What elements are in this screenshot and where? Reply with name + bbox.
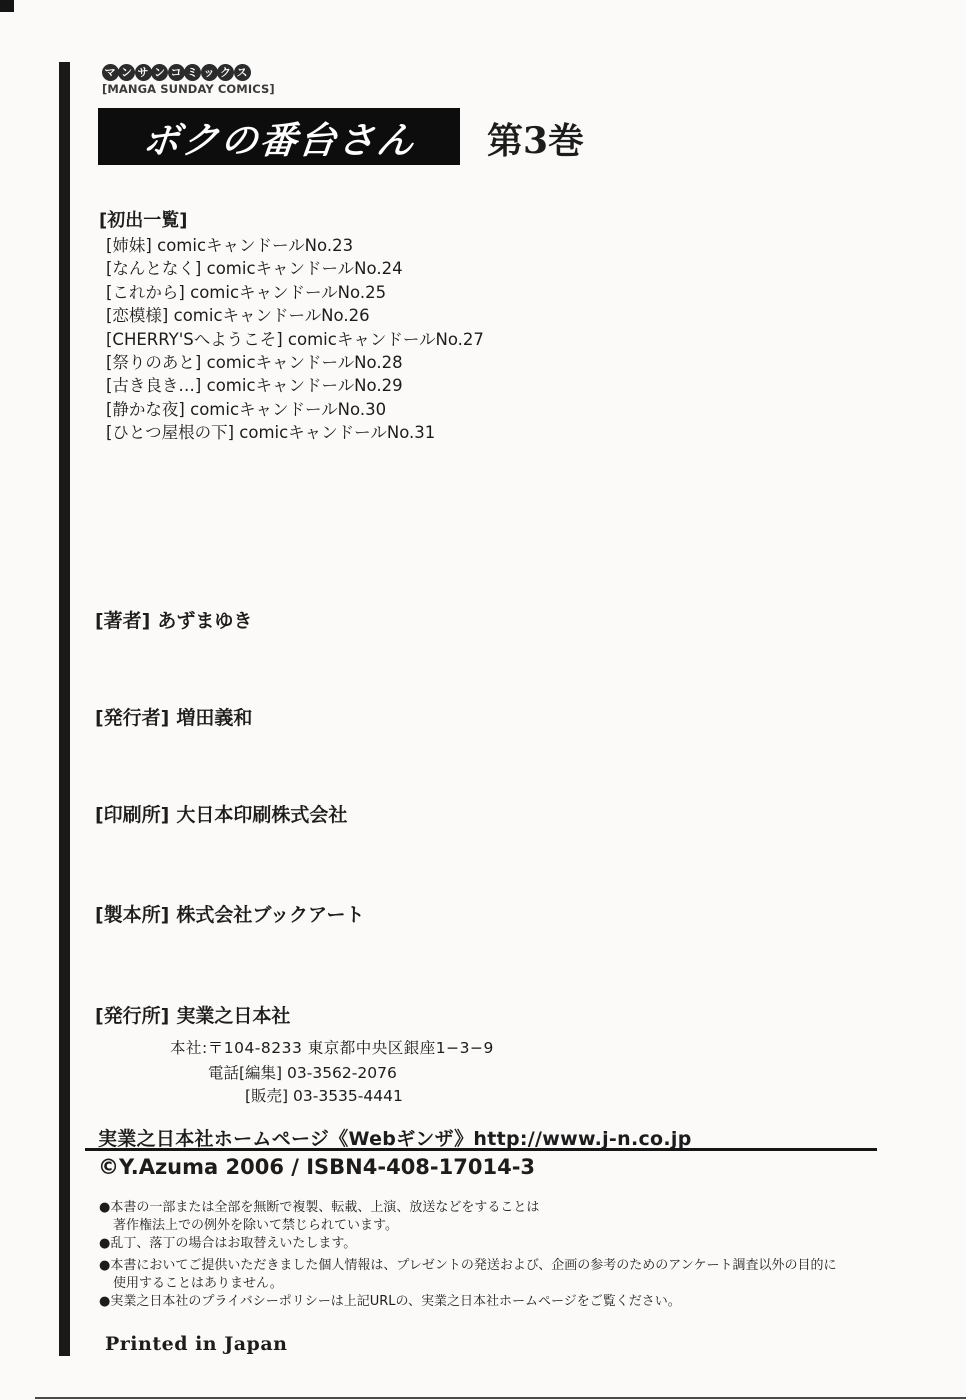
scan-bottom-edge — [35, 1397, 966, 1399]
credit-author-label: [著者] — [95, 610, 150, 632]
book-title: ボクの番台さん — [140, 110, 419, 164]
credit-publisher-name: 実業之日本社 — [176, 1005, 290, 1027]
logo-kana-bubble: ク — [217, 64, 234, 81]
homepage-line: 実業之日本社ホームページ《Webギンザ》http://www.j-n.co.jp — [98, 1124, 692, 1151]
credit-issuer-name: 増田義和 — [176, 707, 252, 729]
legal-notices: ●本書の一部または全部を無断で複製、転載、上演、放送などをすることは 著作権法上… — [99, 1199, 837, 1311]
first-publication-entry: [CHERRY'Sへようこそ] comicキャンドールNo.27 — [106, 328, 484, 351]
credit-bindery-label: [製本所] — [95, 904, 169, 926]
title-banner: ボクの番台さん — [98, 108, 460, 165]
first-publication-entry: [ひとつ屋根の下] comicキャンドールNo.31 — [106, 421, 484, 444]
credit-issuer-label: [発行者] — [95, 707, 169, 729]
logo-kana-bubble: ン — [118, 64, 135, 81]
scan-corner-mark — [0, 0, 14, 12]
credit-publisher: [発行所]実業之日本社 — [95, 1001, 290, 1028]
credit-author-name: あずまゆき — [157, 610, 252, 632]
logo-kana-row: マ ン サ ン コ ミ ッ ク ス — [102, 64, 275, 81]
colophon-page: マ ン サ ン コ ミ ッ ク ス [MANGA SUNDAY COMICS] … — [0, 0, 966, 1400]
notice-line: ●実業之日本社のプライバシーポリシーは上記URLの、実業之日本社ホームページをご… — [99, 1293, 837, 1311]
credit-publisher-label: [発行所] — [95, 1005, 169, 1027]
phone-sales: [販売] 03-3535-4441 — [245, 1084, 403, 1106]
credit-printer-name: 大日本印刷株式会社 — [176, 804, 347, 826]
credit-printer: [印刷所]大日本印刷株式会社 — [95, 800, 347, 827]
credit-bindery: [製本所]株式会社ブックアート — [95, 900, 364, 927]
volume-label: 第3巻 — [487, 113, 584, 164]
logo-kana-bubble: マ — [102, 64, 119, 81]
first-publication-entry: [祭りのあと] comicキャンドールNo.28 — [106, 351, 484, 374]
first-publication-heading: [初出一覧] — [99, 206, 187, 232]
first-publication-entry: [恋模様] comicキャンドールNo.26 — [106, 304, 484, 327]
notice-line: ●乱丁、落丁の場合はお取替えいたします。 — [99, 1235, 837, 1253]
first-publication-entry: [姉妹] comicキャンドールNo.23 — [106, 234, 484, 257]
copyright-isbn-line: ©Y.Azuma 2006 / ISBN4-408-17014-3 — [98, 1155, 535, 1179]
notice-line: ●本書の一部または全部を無断で複製、転載、上演、放送などをすることは — [99, 1199, 837, 1217]
credit-issuer: [発行者]増田義和 — [95, 703, 252, 730]
logo-kana-bubble: ン — [151, 64, 168, 81]
divider-rule — [85, 1148, 877, 1151]
notice-line: 著作権法上での例外を除いて禁じられています。 — [99, 1217, 837, 1235]
first-publication-entry: [これから] comicキャンドールNo.25 — [106, 281, 484, 304]
logo-subtitle: [MANGA SUNDAY COMICS] — [102, 82, 275, 96]
logo-kana-bubble: サ — [135, 64, 152, 81]
first-publication-list: [姉妹] comicキャンドールNo.23 [なんとなく] comicキャンドー… — [106, 234, 484, 445]
first-publication-entry: [古き良き…] comicキャンドールNo.29 — [106, 374, 484, 397]
spine-rule — [59, 62, 70, 1356]
printed-in-japan: Printed in Japan — [105, 1333, 287, 1355]
phone-editorial: 電話[編集] 03-3562-2076 — [208, 1061, 397, 1083]
logo-kana-bubble: ス — [234, 64, 251, 81]
logo-kana-bubble: ミ — [184, 64, 201, 81]
first-publication-entry: [なんとなく] comicキャンドールNo.24 — [106, 257, 484, 280]
notice-line: 使用することはありません。 — [99, 1275, 837, 1293]
credit-author: [著者]あずまゆき — [95, 606, 252, 633]
credit-printer-label: [印刷所] — [95, 804, 169, 826]
credit-bindery-name: 株式会社ブックアート — [176, 904, 364, 926]
logo-kana-bubble: コ — [168, 64, 185, 81]
logo-kana-bubble: ッ — [201, 64, 218, 81]
notice-line: ●本書においてご提供いただきました個人情報は、プレゼントの発送および、企画の参考… — [99, 1257, 837, 1275]
first-publication-entry: [静かな夜] comicキャンドールNo.30 — [106, 398, 484, 421]
publisher-logo: マ ン サ ン コ ミ ッ ク ス [MANGA SUNDAY COMICS] — [102, 64, 275, 96]
head-office-address: 本社:〒104-8233 東京都中央区銀座1−3−9 — [170, 1036, 494, 1058]
